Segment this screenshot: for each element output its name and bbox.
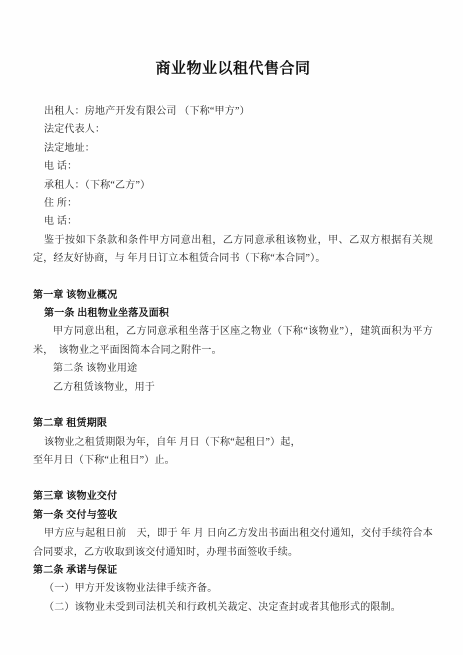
party-line-lessee: 承租人：（下称“乙方”） [33,177,433,195]
document-title: 商业物业以租代售合同 [33,57,433,78]
chapter-3-article-1-body: 甲方应与起租日前 天，即于 年 月 日向乙方发出书面出租交付通知，交付手续符合本… [33,525,433,562]
party-line-residence: 住 所： [33,195,433,213]
party-line-phone-2: 电 话： [33,213,433,231]
chapter-1-article-1-heading: 第一条 出租物业坐落及面积 [33,305,433,323]
chapter-1-article-1-body: 甲方同意出租，乙方同意承租坐落于区座之物业（下称“该物业”），建筑面积为平方米，… [33,323,433,360]
chapter-2-body-line-2: 至年月日（下称“止租日”）止。 [33,452,433,470]
chapter-3-article-1-heading: 第一条 交付与签收 [33,507,433,525]
chapter-3-heading: 第三章 该物业交付 [33,488,433,506]
party-line-legal-rep: 法定代表人： [33,121,433,139]
party-line-lessor: 出租人：房地产开发有限公司 （下称“甲方”） [33,103,433,121]
chapter-1-article-2-body: 乙方租赁该物业，用于 [33,379,433,397]
chapter-2-body-line-1: 该物业之租赁期限为年，自年 月日（下称“起租日”）起， [33,434,433,452]
contract-page: 商业物业以租代售合同 出租人：房地产开发有限公司 （下称“甲方”） 法定代表人：… [0,0,463,655]
chapter-1-article-2-heading: 第二条 该物业用途 [33,360,433,378]
chapter-3-article-2-item-2: （二）该物业未受到司法机关和行政机关裁定、决定查封或者其他形式的限制。 [33,599,433,617]
party-line-phone-1: 电 话： [33,158,433,176]
chapter-3-article-2-heading: 第二条 承诺与保证 [33,562,433,580]
party-line-legal-address: 法定地址： [33,140,433,158]
chapter-1-heading: 第一章 该物业概况 [33,287,433,305]
chapter-3-article-2-item-1: （一）甲方开发该物业法律手续齐备。 [33,580,433,598]
chapter-2-heading: 第二章 租赁期限 [33,415,433,433]
preamble-paragraph: 鉴于按如下条款和条件甲方同意出租，乙方同意承租该物业，甲、乙双方根据有关规定，经… [33,232,433,269]
